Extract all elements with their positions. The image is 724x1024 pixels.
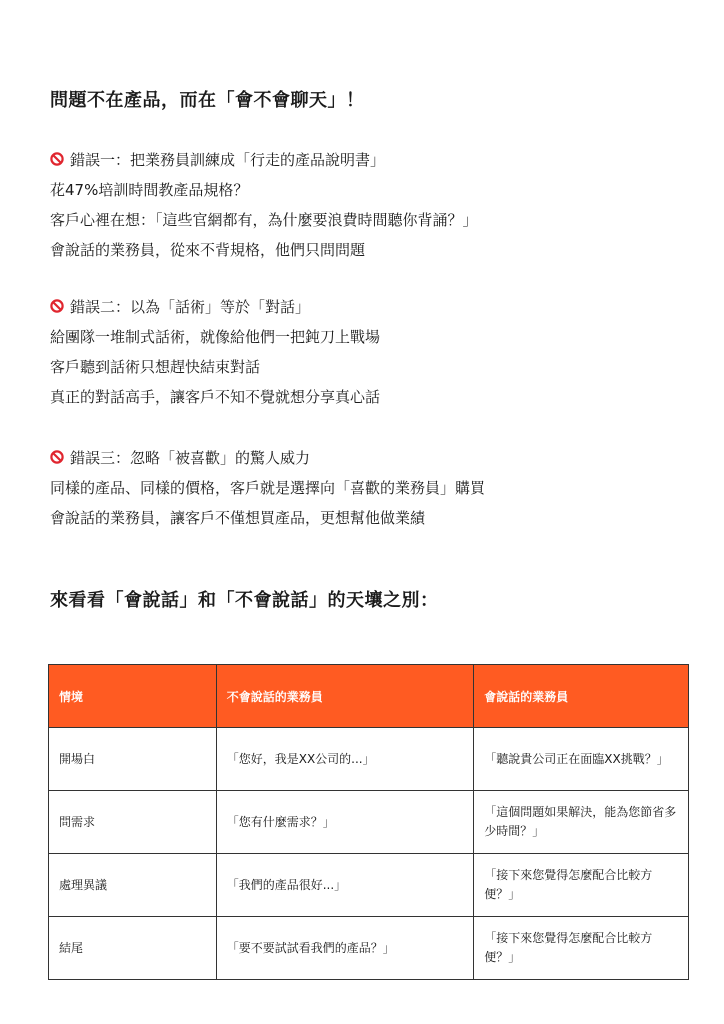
table-row: 開場白 「您好，我是XX公司的...」 「聽說貴公司正在面臨XX挑戰？」 [49, 728, 689, 791]
cell-good: 「聽說貴公司正在面臨XX挑戰？」 [474, 728, 689, 791]
comparison-table: 情境 不會說話的業務員 會說話的業務員 開場白 「您好，我是XX公司的...」 … [48, 664, 689, 980]
section-line: 同樣的產品、同樣的價格，客戶就是選擇向「喜歡的業務員」購買 [50, 473, 485, 503]
cell-good: 「這個問題如果解決，能為您節省多少時間？」 [474, 791, 689, 854]
cell-scenario: 結尾 [49, 917, 217, 980]
header-scenario: 情境 [49, 665, 217, 728]
cell-bad: 「您有什麼需求？」 [216, 791, 474, 854]
prohibited-icon [50, 299, 64, 313]
section-line: 花47%培訓時間教產品規格？ [50, 175, 478, 205]
header-bad-sales: 不會說話的業務員 [216, 665, 474, 728]
prohibited-icon [50, 152, 64, 166]
mistake-section-2: 錯誤二：以為「話術」等於「對話」 給團隊一堆制式話術，就像給他們一把鈍刀上戰場 … [50, 292, 380, 412]
cell-bad: 「要不要試試看我們的產品？」 [216, 917, 474, 980]
comparison-heading: 來看看「會說話」和「不會說話」的天壤之別： [50, 586, 439, 612]
cell-bad: 「我們的產品很好...」 [216, 854, 474, 917]
section-line: 真正的對話高手，讓客戶不知不覺就想分享真心話 [50, 382, 380, 412]
table-header-row: 情境 不會說話的業務員 會說話的業務員 [49, 665, 689, 728]
table-row: 處理異議 「我們的產品很好...」 「接下來您覺得怎麼配合比較方便？」 [49, 854, 689, 917]
header-good-sales: 會說話的業務員 [474, 665, 689, 728]
cell-bad: 「您好，我是XX公司的...」 [216, 728, 474, 791]
section-line: 客戶心裡在想：「這些官網都有，為什麼要浪費時間聽你背誦？」 [50, 205, 478, 235]
cell-good: 「接下來您覺得怎麼配合比較方便？」 [474, 917, 689, 980]
cell-scenario: 問需求 [49, 791, 217, 854]
mistake-section-3: 錯誤三：忽略「被喜歡」的驚人威力 同樣的產品、同樣的價格，客戶就是選擇向「喜歡的… [50, 443, 485, 533]
cell-scenario: 處理異議 [49, 854, 217, 917]
section-line: 會說話的業務員，從來不背規格，他們只問問題 [50, 235, 478, 265]
section-line: 給團隊一堆制式話術，就像給他們一把鈍刀上戰場 [50, 322, 380, 352]
cell-scenario: 開場白 [49, 728, 217, 791]
section-line: 會說話的業務員，讓客戶不僅想買產品，更想幫他做業績 [50, 503, 485, 533]
section-line: 客戶聽到話術只想趕快結束對話 [50, 352, 380, 382]
table-row: 結尾 「要不要試試看我們的產品？」 「接下來您覺得怎麼配合比較方便？」 [49, 917, 689, 980]
table-row: 問需求 「您有什麼需求？」 「這個問題如果解決，能為您節省多少時間？」 [49, 791, 689, 854]
section-title: 錯誤二：以為「話術」等於「對話」 [50, 292, 380, 322]
mistake-section-1: 錯誤一：把業務員訓練成「行走的產品說明書」 花47%培訓時間教產品規格？ 客戶心… [50, 145, 478, 265]
section-title: 錯誤一：把業務員訓練成「行走的產品說明書」 [50, 145, 478, 175]
page-heading: 問題不在產品，而在「會不會聊天」！ [50, 86, 365, 112]
prohibited-icon [50, 450, 64, 464]
section-title: 錯誤三：忽略「被喜歡」的驚人威力 [50, 443, 485, 473]
cell-good: 「接下來您覺得怎麼配合比較方便？」 [474, 854, 689, 917]
